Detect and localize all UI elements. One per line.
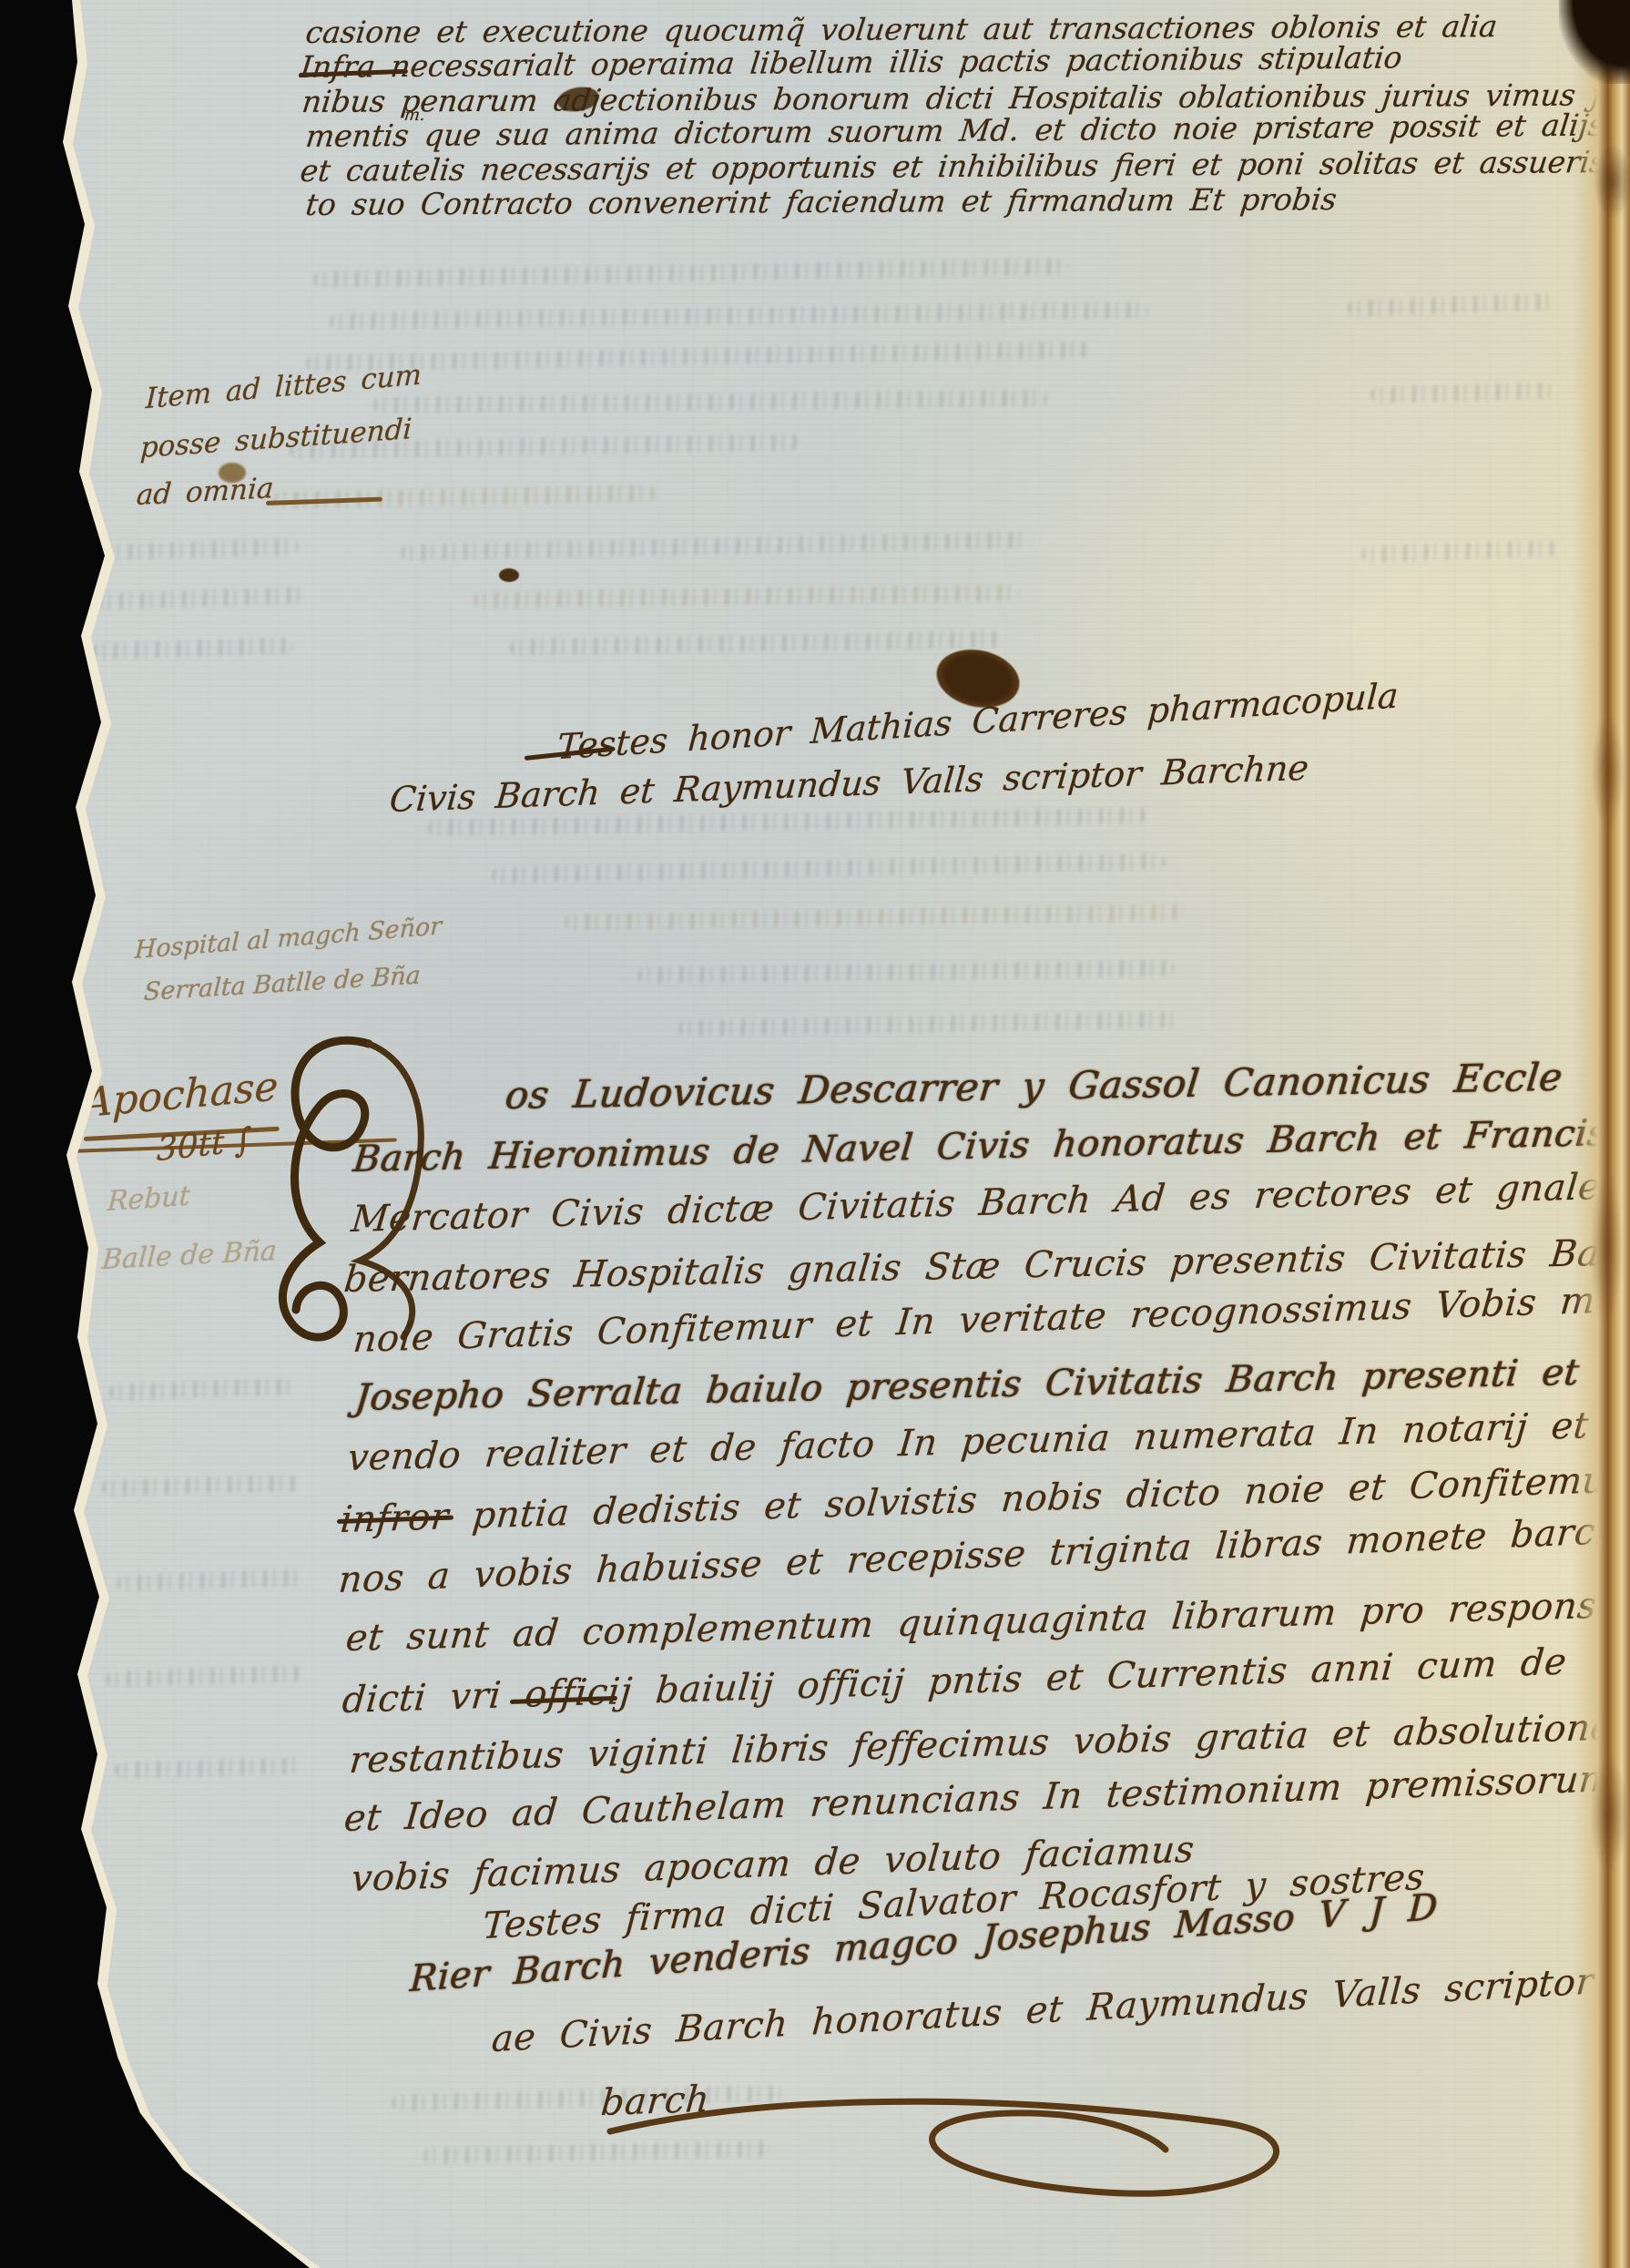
bleed-through-mark [98, 587, 308, 610]
bleed-through-mark [273, 485, 656, 508]
initial-flourish: N [232, 1027, 451, 1364]
bleed-through-mark [1370, 383, 1553, 404]
bleed-through-mark [109, 1378, 292, 1401]
bleed-through-mark [401, 532, 1029, 561]
bleed-through-mark [106, 1665, 301, 1688]
manuscript-paper: casione et executione quocumq̃ voluerunt… [0, 0, 1630, 2268]
bleed-through-mark [306, 342, 1089, 372]
bleed-through-mark [102, 1475, 298, 1497]
bleed-through-mark [474, 585, 1020, 608]
manuscript-line: ad omnia [136, 472, 275, 512]
bleed-through-mark [330, 301, 1149, 330]
manuscript-line: os Ludovicus Descarrer y Gassol Canonicu… [503, 1055, 1564, 1118]
bleed-through-mark [1348, 293, 1557, 317]
bleed-through-mark [637, 960, 1175, 984]
bleed-through-mark [313, 259, 1069, 288]
manuscript-line: Rebut [107, 1180, 191, 1219]
bleed-through-mark [107, 538, 300, 561]
manuscript-line: Serralta Batlle de Bña [143, 961, 422, 1006]
interlinear-insertion: m. [403, 106, 426, 125]
bleed-through-mark [1361, 540, 1557, 563]
binding-gutter [1572, 0, 1630, 2268]
bleed-through-mark [565, 904, 1184, 931]
binding-shadow [1559, 0, 1630, 84]
manuscript-line: to suo Contracto convenerint faciendum e… [304, 181, 1339, 222]
bleed-through-mark [117, 1569, 304, 1592]
bleed-through-mark [678, 1011, 1179, 1037]
manuscript-line: Hospital al magch Señor [134, 912, 442, 965]
bleed-through-mark [93, 638, 293, 659]
signature-flourish [583, 2095, 1384, 2232]
bleed-through-mark [510, 631, 1002, 656]
photograph-background: casione et executione quocumq̃ voluerunt… [0, 0, 1630, 2268]
bleed-through-mark [492, 853, 1166, 884]
bleed-through-mark [373, 390, 1047, 414]
ink-blot [499, 568, 519, 582]
bleed-through-mark [115, 1758, 301, 1779]
